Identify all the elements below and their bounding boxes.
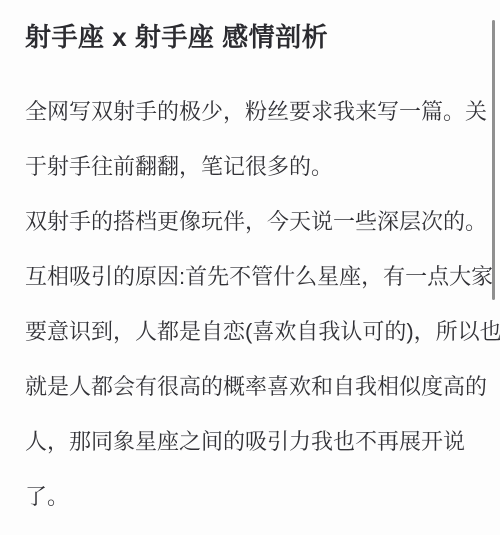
article-line: 就是人都会有很高的概率喜欢和自我相似度高的	[25, 359, 490, 414]
article-title: 射手座 x 射手座 感情剖析	[0, 0, 500, 54]
article-line: 于射手往前翻翻，笔记很多的。	[25, 139, 490, 194]
article-line: 人，那同象星座之间的吸引力我也不再展开说	[25, 414, 490, 469]
article-line: 要意识到，人都是自恋(喜欢自我认可的)，所以也	[25, 304, 490, 359]
article-page: 射手座 x 射手座 感情剖析 全网写双射手的极少，粉丝要求我来写一篇。关 于射手…	[0, 0, 500, 535]
article-line: 互相吸引的原因:首先不管什么星座，有一点大家	[25, 249, 490, 304]
article-body: 全网写双射手的极少，粉丝要求我来写一篇。关 于射手往前翻翻，笔记很多的。 双射手…	[0, 84, 500, 524]
article-line: 全网写双射手的极少，粉丝要求我来写一篇。关	[25, 84, 490, 139]
article-line: 了。	[25, 469, 490, 524]
vertical-scrollbar-thumb[interactable]	[492, 20, 495, 300]
article-line: 双射手的搭档更像玩伴，今天说一些深层次的。	[25, 194, 490, 249]
